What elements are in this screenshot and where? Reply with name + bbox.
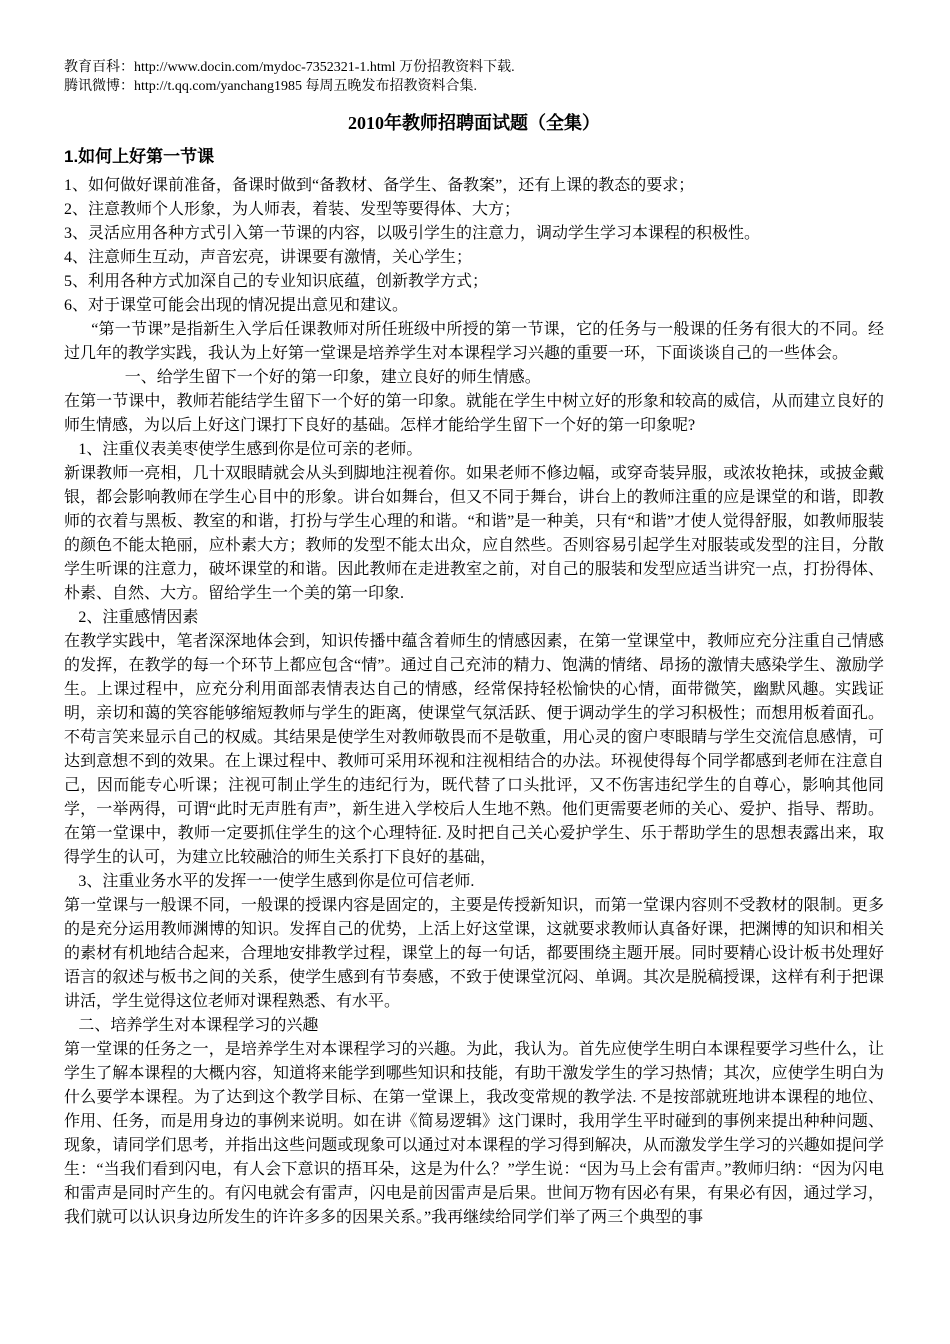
document-page: 教育百科：http://www.docin.com/mydoc-7352321-… (0, 0, 950, 1344)
subheading-emotion: 2、注重感情因素 (64, 606, 884, 630)
point-introduction: 3、灵活应用各种方式引入第一节课的内容，以吸引学生的注意力，调动学生学习本课程的… (64, 222, 884, 246)
paragraph-interest: 第一堂课的任务之一，是培养学生对本课程学习的兴趣。为此，我认为。首先应使学生明白… (64, 1038, 884, 1230)
subheading-interest: 二、培养学生对本课程学习的兴趣 (64, 1014, 884, 1038)
subheading-appearance: 1、注重仪表美枣使学生感到你是位可亲的老师。 (64, 438, 884, 462)
subheading-competence: 3、注重业务水平的发挥一一使学生感到你是位可信老师. (64, 870, 884, 894)
paragraph-competence: 第一堂课与一般课不同，一般课的授课内容是固定的，主要是传授新知识，而第一堂课内容… (64, 894, 884, 1014)
paragraph-first-impression: 在第一节课中，教师若能结学生留下一个好的第一印象。就能在学生中树立好的形象和较高… (64, 390, 884, 438)
document-header: 教育百科：http://www.docin.com/mydoc-7352321-… (64, 58, 884, 96)
subheading-first-impression: 一、给学生留下一个好的第一印象，建立良好的师生情感。 (64, 366, 884, 390)
header-line-baike: 教育百科：http://www.docin.com/mydoc-7352321-… (64, 58, 884, 77)
paragraph-appearance: 新课教师一亮相，几十双眼睛就会从头到脚地注视着你。如果老师不修边幅，或穿奇装异服… (64, 462, 884, 606)
point-image: 2、注意教师个人形象，为人师表，着装、发型等要得体、大方； (64, 198, 884, 222)
header-line-weibo: 腾讯微博：http://t.qq.com/yanchang1985 每周五晚发布… (64, 77, 884, 96)
point-interaction: 4、注意师生互动，声音宏亮，讲课要有激情，关心学生； (64, 246, 884, 270)
question-heading: 1.如何上好第一节课 (64, 145, 884, 169)
point-suggestions: 6、对于课堂可能会出现的情况提出意见和建议。 (64, 294, 884, 318)
paragraph-intro: “第一节课”是指新生入学后任课教师对所任班级中所授的第一节课，它的任务与一般课的… (64, 318, 884, 366)
document-title: 2010年教师招聘面试题（全集） (64, 111, 884, 136)
point-knowledge: 5、利用各种方式加深自己的专业知识底蕴，创新教学方式； (64, 270, 884, 294)
point-preparation: 1、如何做好课前准备，备课时做到“备教材、备学生、备教案”，还有上课的教态的要求… (64, 174, 884, 198)
paragraph-emotion: 在教学实践中，笔者深深地体会到，知识传播中蕴含着师生的情感因素，在第一堂课堂中，… (64, 630, 884, 870)
